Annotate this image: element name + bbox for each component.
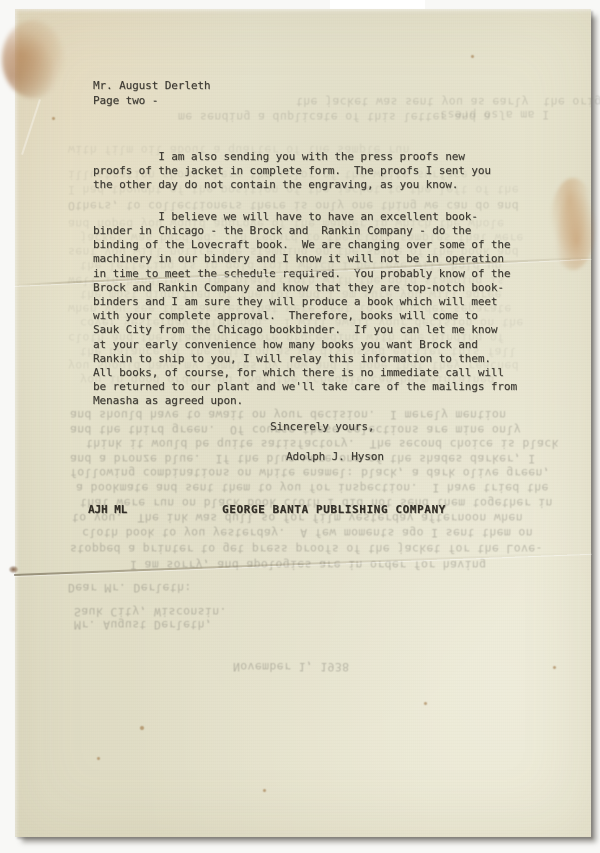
letter-page (15, 9, 591, 837)
letter-scan-photo: the jacket was sent you as early the ori… (0, 0, 600, 853)
